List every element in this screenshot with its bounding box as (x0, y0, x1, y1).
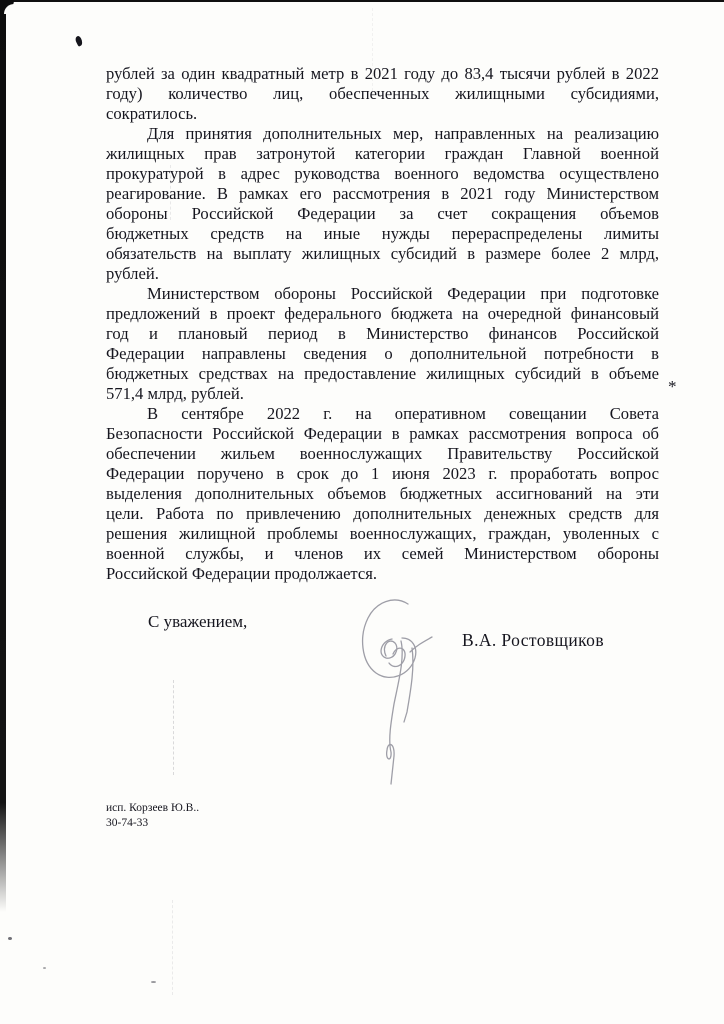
text-line: обязательств на выплату жилищных субсиди… (106, 244, 659, 264)
scan-left-edge (0, 0, 6, 912)
scan-corner (0, 0, 14, 14)
dust-speck (151, 981, 156, 983)
text-line: рублей за один квадратный метр в 2021 го… (106, 64, 659, 84)
text-line: решения жилищной проблемы военнослужащих… (106, 524, 659, 544)
text-line: обороны Российской Федерации за счет сок… (106, 204, 659, 224)
body-text: рублей за один квадратный метр в 2021 го… (106, 64, 659, 584)
handwritten-signature (334, 592, 464, 797)
signoff-text: С уважением, (148, 612, 247, 632)
scan-top-edge (0, 0, 724, 2)
text-line: реагирование. В рамках его рассмотрения … (106, 184, 659, 204)
text-line: Для принятия дополнительных мер, направл… (106, 124, 659, 144)
dust-speck (43, 967, 46, 969)
paragraph: Для принятия дополнительных мер, направл… (106, 124, 659, 284)
text-line: Федерации поручено в срок до 1 июня 2023… (106, 464, 659, 484)
executor-name: исп. Корзеев Ю.В.. (106, 801, 199, 816)
text-line: Российской Федерации продолжается. (106, 564, 659, 584)
text-line: бюджетных средствах на предоставление жи… (106, 364, 659, 384)
text-line: жилищных прав затронутой категории гражд… (106, 144, 659, 164)
text-line: Министерством обороны Российской Федерац… (106, 284, 659, 304)
text-line: прокуратурой в адрес руководства военног… (106, 164, 659, 184)
text-line: 571,4 млрд, рублей. (106, 384, 659, 404)
text-line: Безопасности Российской Федерации в рамк… (106, 424, 659, 444)
dust-speck (8, 937, 12, 940)
fold-crease (172, 900, 173, 995)
text-line: обеспечении жильем военнослужащих Правит… (106, 444, 659, 464)
margin-asterisk: * (668, 377, 677, 397)
paragraph: Министерством обороны Российской Федерац… (106, 284, 659, 404)
text-line: военной службы, и членов их семей Минист… (106, 544, 659, 564)
footer-executor-block: исп. Корзеев Ю.В.. 30-74-33 (106, 801, 199, 831)
text-line: бюджетных средств на иные нужды перерасп… (106, 224, 659, 244)
paragraph: В сентябре 2022 г. на оперативном совеща… (106, 404, 659, 584)
text-line: предложений в проект федерального бюджет… (106, 304, 659, 324)
text-line: сократилось. (106, 104, 659, 124)
ink-blot-mark (74, 35, 84, 47)
text-line: цели. Работа по привлечению дополнительн… (106, 504, 659, 524)
text-line: Федерации направлены сведения о дополнит… (106, 344, 659, 364)
scanned-letter-page: рублей за один квадратный метр в 2021 го… (0, 0, 724, 1024)
fold-crease (173, 680, 174, 775)
text-line: выделения дополнительных объемов бюджетн… (106, 484, 659, 504)
text-line: году) количество лиц, обеспеченных жилищ… (106, 84, 659, 104)
text-line: В сентябре 2022 г. на оперативном совеща… (106, 404, 659, 424)
text-line: рублей. (106, 264, 659, 284)
executor-phone: 30-74-33 (106, 816, 199, 831)
text-line: год и плановый период в Министерство фин… (106, 324, 659, 344)
paragraph: рублей за один квадратный метр в 2021 го… (106, 64, 659, 124)
signer-name: В.А. Ростовщиков (462, 630, 604, 651)
